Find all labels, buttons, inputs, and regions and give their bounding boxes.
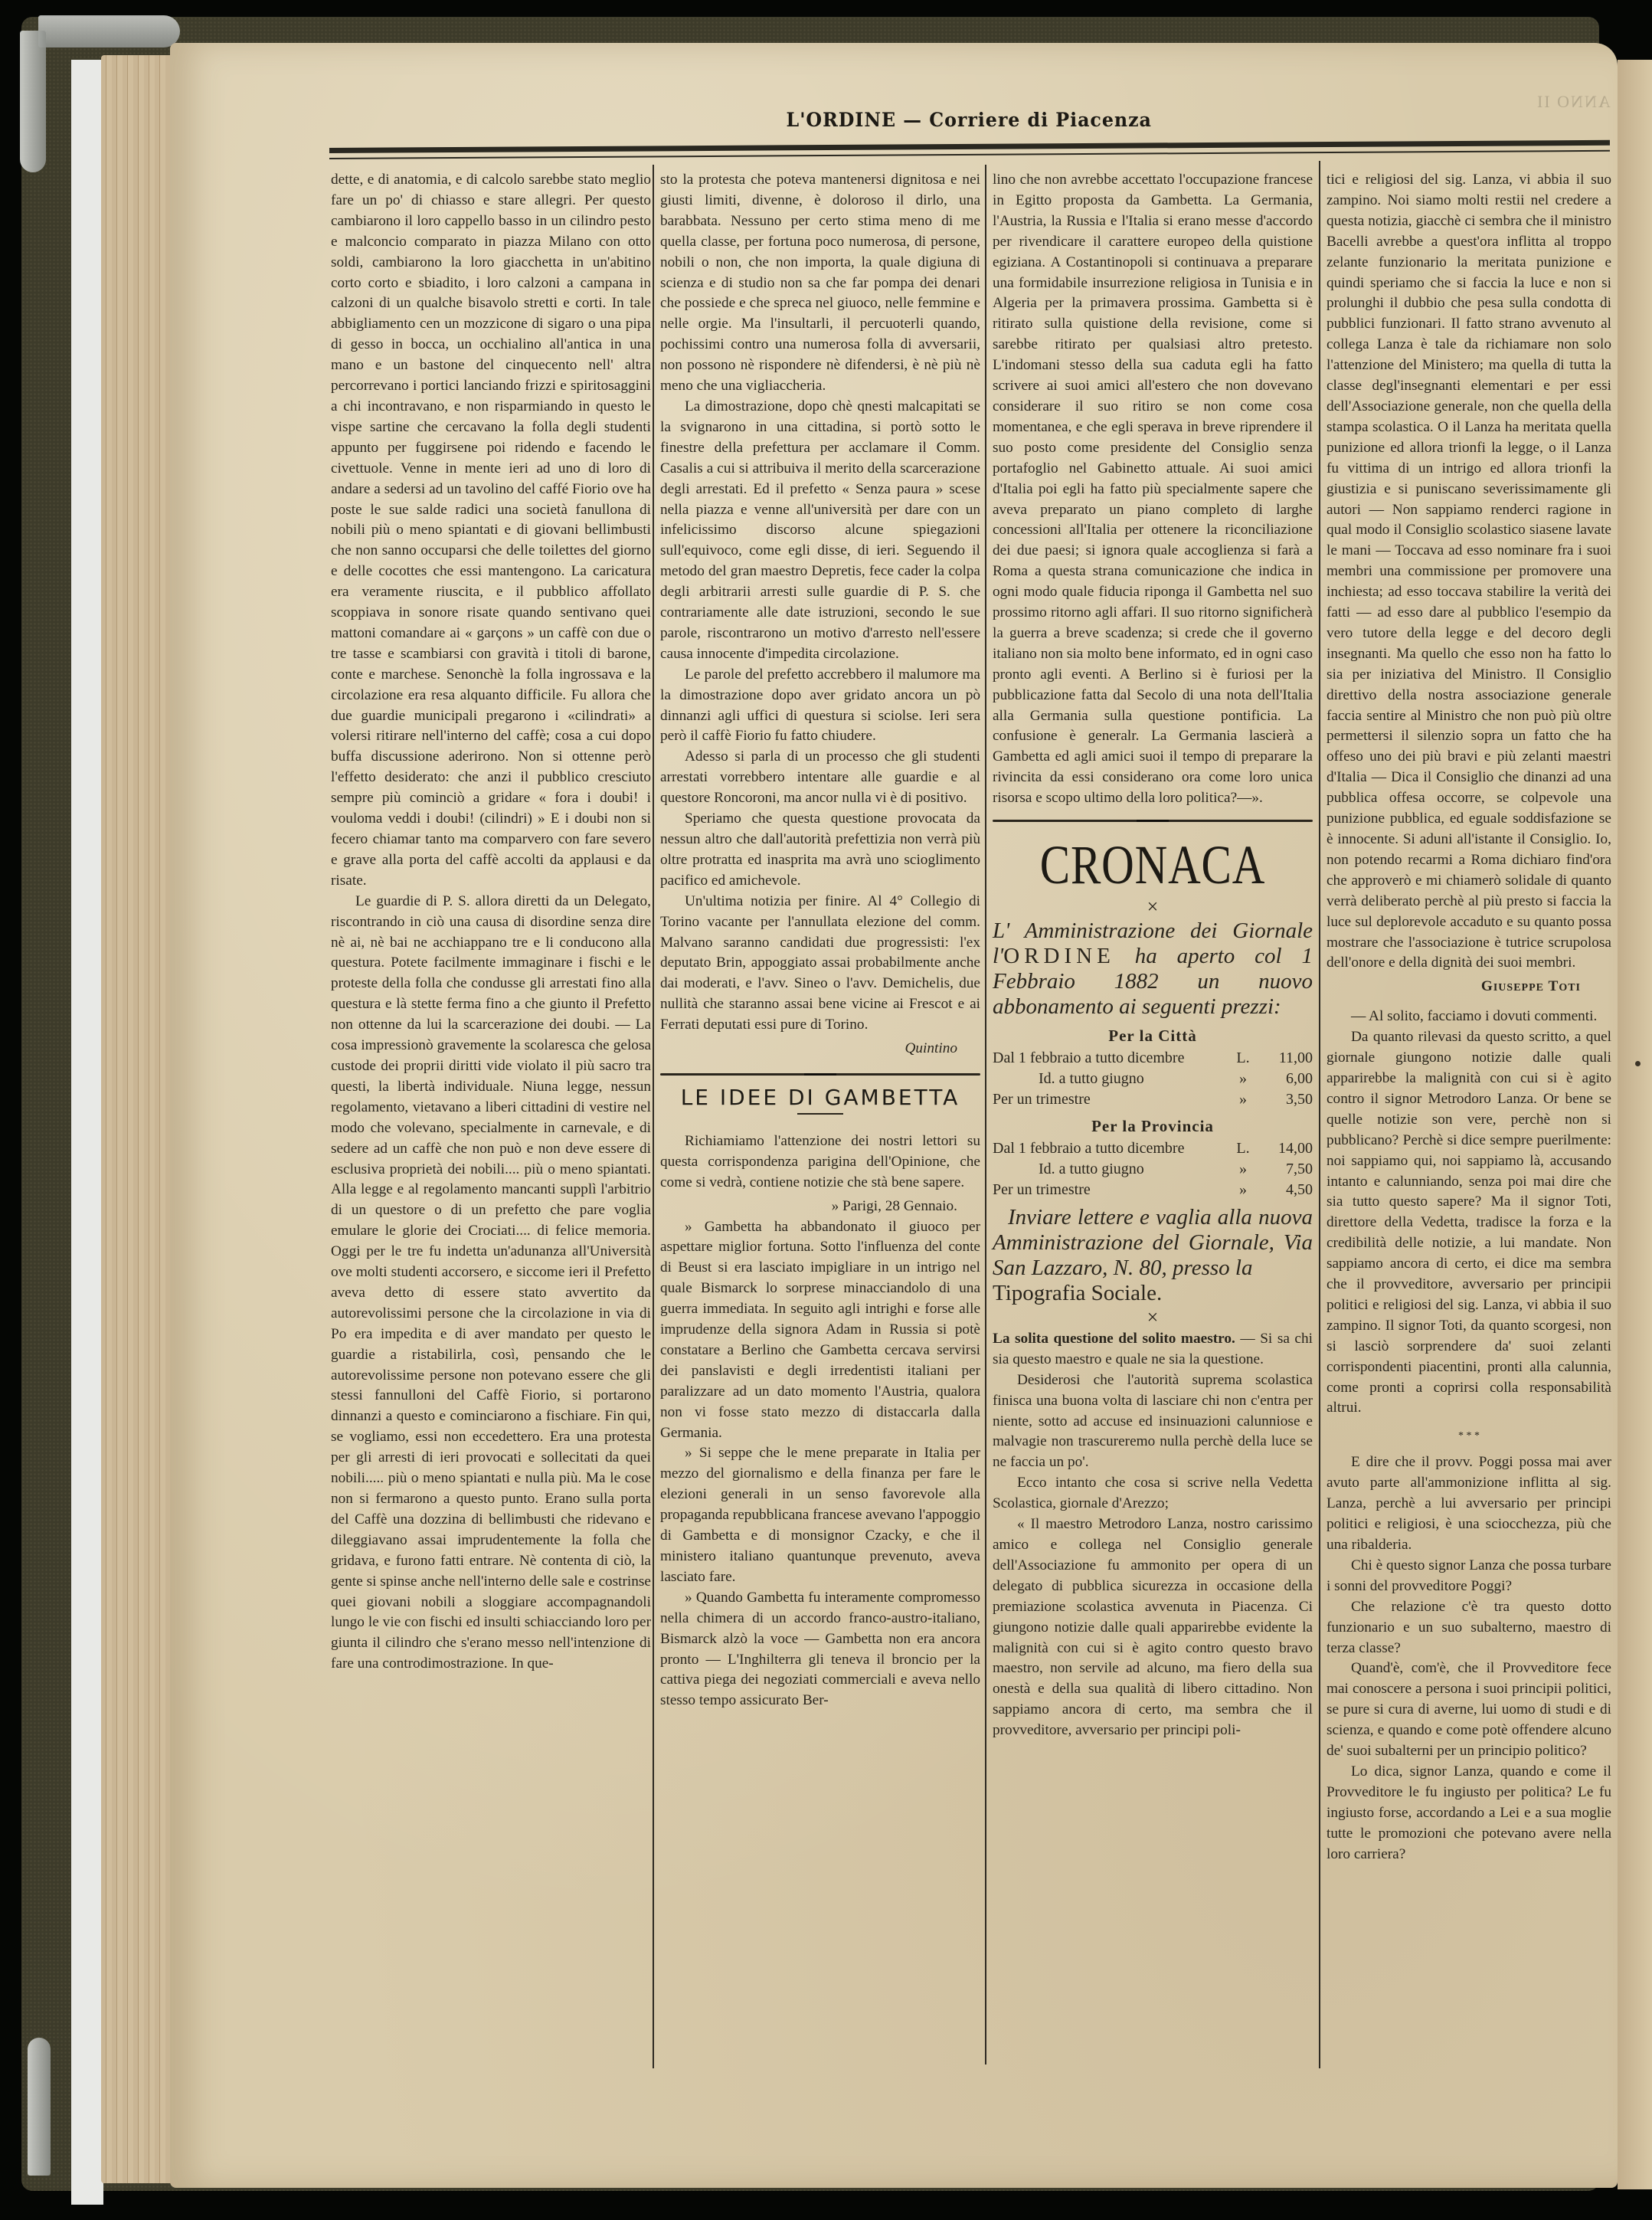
bullet-dot [1635,1061,1641,1066]
column-divider [985,165,986,2064]
article-paragraph: tici e religiosi del sig. Lanza, vi abbi… [1327,170,1611,974]
section-divider [660,1073,980,1076]
price-heading-citta: Per la Città [993,1026,1313,1046]
article-paragraph: Speriamo che questa questione provocata … [660,809,980,892]
article-paragraph: Da quanto rilevasi da questo scritto, a … [1327,1027,1611,1419]
cross-separator: × [993,896,1313,918]
article-paragraph: » Gambetta ha abbandonato il giuoco per … [660,1217,980,1444]
news-item-lead: La solita questione del solito maestro. [993,1331,1235,1347]
page-stack-edges [101,55,178,2183]
author-signature: Giuseppe Toti [1327,977,1611,997]
price-row: Per un trimestre»4,50 [993,1180,1313,1200]
price-row: Per un trimestre»3,50 [993,1089,1313,1110]
next-page-edge [1618,60,1652,2189]
corner-protector-bottom [28,2038,51,2176]
subscription-notice: L' Amministrazione dei Giornale l'ORDINE… [993,918,1313,1020]
article-paragraph: Le guardie di P. S. allora diretti da un… [331,892,651,1675]
masthead-title: L'ORDINE — Corriere di Piacenza [786,109,1151,131]
send-notice: Inviare lettere e vaglia alla nuova Ammi… [993,1205,1313,1281]
article-paragraph: Chi è questo signor Lanza che possa turb… [1327,1556,1611,1597]
price-heading-provincia: Per la Provincia [993,1116,1313,1137]
author-signature: Quintino [660,1039,980,1059]
send-notice-end: Tipografia Sociale. [993,1281,1313,1306]
article-paragraph: dette, e di anatomia, e di calcolo sareb… [331,170,651,892]
article-paragraph: Lo dica, signor Lanza, quando e come il … [1327,1762,1611,1865]
cross-separator: × [993,1306,1313,1329]
news-item: La solita questione del solito maestro. … [993,1329,1313,1370]
article-paragraph: Richiamiamo l'attenzione dei nostri lett… [660,1131,980,1193]
column-1: dette, e di anatomia, e di calcolo sareb… [331,170,651,1675]
column-4: tici e religiosi del sig. Lanza, vi abbi… [1327,170,1611,1865]
article-paragraph: » Quando Gambetta fu interamente comprom… [660,1588,980,1711]
section-title: LE IDEE DI GAMBETTA [660,1088,980,1108]
article-paragraph: Adesso si parla di un processo che gli s… [660,747,980,809]
price-row: Dal 1 febbraio a tutto dicembreL.11,00 [993,1048,1313,1069]
column-2: sto la protesta che poteva mantenersi di… [660,170,980,1711]
article-paragraph: E dire che il provv. Poggi possa mai ave… [1327,1452,1611,1556]
section-divider [993,820,1313,822]
article-paragraph: sto la protesta che poteva mantenersi di… [660,170,980,397]
cronaca-heading: CRONACA [1022,834,1284,896]
column-3: lino che non avrebbe accettato l'occupaz… [993,170,1313,1741]
article-paragraph: La dimostrazione, dopo chè qnesti malcap… [660,397,980,665]
corner-protector-top [38,15,180,47]
dateline: » Parigi, 28 Gennaio. [660,1197,980,1217]
price-row: Id. a tutto giugno»6,00 [993,1069,1313,1089]
article-paragraph: — Al solito, facciamo i dovuti commenti. [1327,1007,1611,1027]
asterism: * * * [1327,1429,1611,1443]
masthead: L'ORDINE — Corriere di Piacenza [322,109,1616,131]
article-paragraph: « Il maestro Metrodoro Lanza, nostro car… [993,1514,1313,1741]
endpaper-strip [71,60,103,2205]
article-paragraph: » Si seppe che le mene preparate in Ital… [660,1443,980,1587]
article-paragraph: Un'ultima notizia per finire. Al 4° Coll… [660,892,980,1036]
title-underline [797,1113,843,1115]
price-row: Id. a tutto giugno»7,50 [993,1159,1313,1180]
corner-protector-left [20,31,46,172]
article-paragraph: Quand'è, com'è, che il Provveditore fece… [1327,1658,1611,1762]
article-paragraph: Desiderosi che l'autorità suprema scolas… [993,1370,1313,1474]
column-divider [1319,161,1320,2068]
price-row: Dal 1 febbraio a tutto dicembreL.14,00 [993,1138,1313,1159]
article-paragraph: lino che non avrebbe accettato l'occupaz… [993,170,1313,809]
column-divider [653,165,654,2068]
article-paragraph: Ecco intanto che cosa si scrive nella Ve… [993,1473,1313,1514]
article-paragraph: Che relazione c'è tra questo dotto funzi… [1327,1597,1611,1659]
article-paragraph: Le parole del prefetto accrebbero il mal… [660,665,980,748]
